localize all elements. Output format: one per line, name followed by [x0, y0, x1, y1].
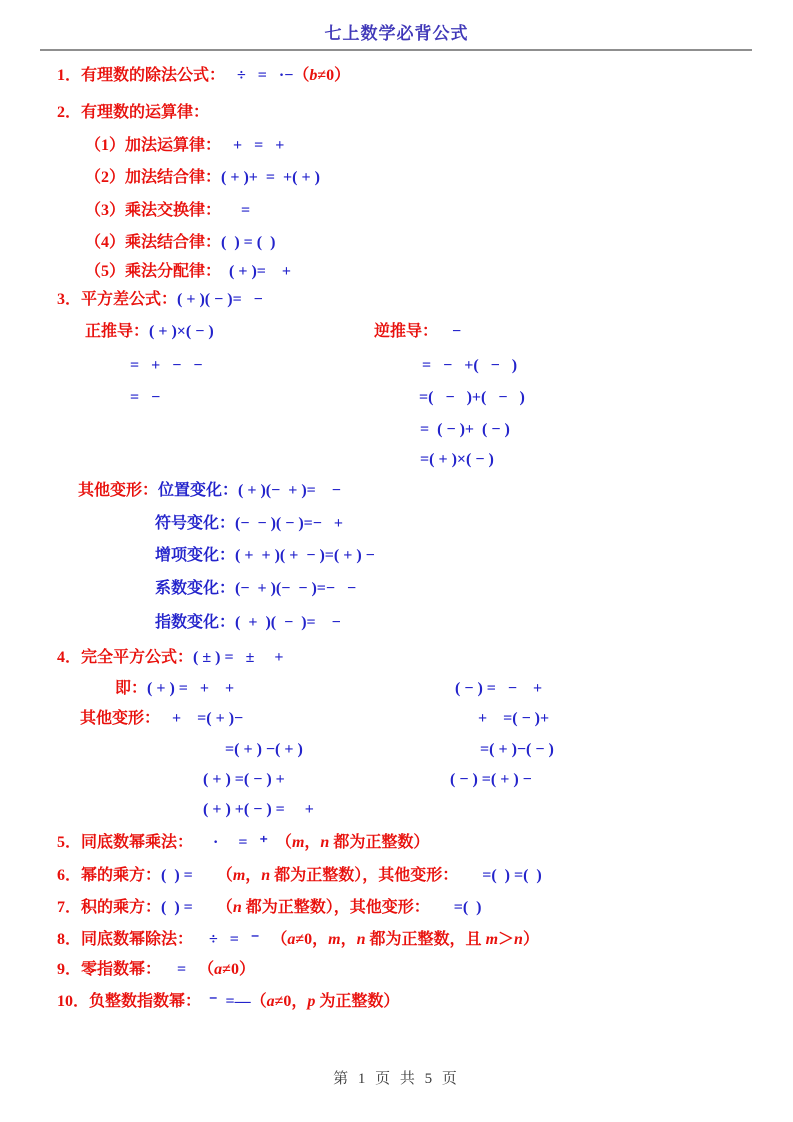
- formula-label-segment: （a≠0，p 为正整数）: [251, 993, 400, 1010]
- formula-expression-segment: 增项变化：( + + )( + − )=( + ) −: [155, 547, 375, 564]
- formula-expression-segment: =: [161, 961, 198, 978]
- formula-line: 3．平方差公式：( + )( − )= −: [0, 289, 793, 310]
- formula-expression-segment: ( ) =: [161, 867, 217, 884]
- formula-line: = + − −= − +( − ): [0, 355, 793, 376]
- formula-label-segment: （a≠0）: [198, 961, 255, 978]
- formula-label-segment: 4．完全平方公式：: [57, 649, 193, 666]
- formula-expression-segment: = + − −: [130, 357, 202, 374]
- formula-expression-segment: ( − ) =( + ) −: [450, 769, 532, 790]
- formula-line: 8．同底数幂除法： ÷ = ⁻ （a≠0，m，n 都为正整数，且 m＞n）: [0, 929, 793, 950]
- formula-line: =( + ) −( + )=( + )−( − ): [0, 739, 793, 760]
- formula-line: 9．零指数幂： = （a≠0）: [0, 959, 793, 980]
- formula-expression-segment: ( + ) = + +: [147, 680, 234, 697]
- formula-expression-segment: + = +: [221, 137, 284, 154]
- formula-line: 正推导：( + )×( − )逆推导：−: [0, 321, 793, 342]
- formula-expression-segment: = − +( − ): [422, 355, 517, 376]
- formula-line: （4）乘法结合律：( ) = ( ): [0, 232, 793, 253]
- formula-expression-segment: · = ⁺: [193, 834, 276, 851]
- formula-expression-segment: ( ) = ( ): [221, 234, 275, 251]
- formula-label-segment: （4）乘法结合律：: [85, 234, 221, 251]
- formula-label-segment: （b≠0）: [293, 67, 350, 84]
- formula-line: 6．幂的乘方：( ) = （m，n 都为正整数），其他变形： =( ) =( ): [0, 865, 793, 886]
- page-footer: 第 1 页 共 5 页: [0, 1067, 793, 1088]
- formula-line: （2）加法结合律：( + )+ = +( + ): [0, 167, 793, 188]
- formula-line: 符号变化：(− − )( − )=− +: [0, 513, 793, 534]
- formula-line: 4．完全平方公式：( ± ) = ± +: [0, 647, 793, 668]
- formula-line: ( + ) +( − ) = +: [0, 799, 793, 820]
- formula-expression-segment: = ( − )+ ( − ): [420, 419, 510, 440]
- formula-expression-segment: 位置变化：( + )(− + )= −: [158, 482, 341, 499]
- formula-label-segment: （2）加法结合律：: [85, 169, 221, 186]
- formula-expression-segment: =( ) =( ): [458, 867, 542, 884]
- formula-label-segment: 1．有理数的除法公式：: [57, 67, 225, 84]
- formula-line: 指数变化：( + )( − )= −: [0, 612, 793, 633]
- formula-expression-segment: =( − )+( − ): [419, 387, 525, 408]
- formula-line: 10．负整数指数幂： ⁻ =—（a≠0，p 为正整数）: [0, 991, 793, 1012]
- formula-expression-segment: ( + )×( − ): [149, 323, 214, 340]
- formula-label-segment: （5）乘法分配律：: [85, 263, 221, 280]
- formula-label-segment: 10．负整数指数幂：: [57, 993, 201, 1010]
- formula-expression-segment: ( + ) =( − ) +: [203, 771, 285, 788]
- formula-expression-segment: =( + ) −( + ): [225, 741, 303, 758]
- formula-expression-segment: = −: [130, 389, 160, 406]
- formula-label-segment: （3）乘法交换律：: [85, 202, 221, 219]
- formula-expression-segment: ⁻ =—: [201, 993, 251, 1010]
- formula-label-segment: （n 都为正整数），其他变形：: [217, 899, 430, 916]
- formula-line: = −=( − )+( − ): [0, 387, 793, 408]
- formula-label-segment: 其他变形：: [78, 482, 158, 499]
- formula-line: 其他变形： + =( + )−+ =( − )+: [0, 708, 793, 729]
- formula-line: 7．积的乘方：( ) = （n 都为正整数），其他变形： =( ): [0, 897, 793, 918]
- formula-expression-segment: =: [221, 202, 250, 219]
- formula-expression-segment: ( + )= +: [221, 263, 291, 280]
- formula-label-segment: 2．有理数的运算律：: [57, 104, 209, 121]
- formula-expression-segment: 符号变化：(− − )( − )=− +: [155, 515, 343, 532]
- formula-expression-segment: + =( + )−: [160, 710, 243, 727]
- formula-label-segment: （m，n 都为正整数），其他变形：: [217, 867, 458, 884]
- formula-label-segment: 其他变形：: [80, 710, 160, 727]
- formula-expression-segment: ÷ = ⁻: [193, 931, 271, 948]
- formula-expression-segment: ( + )+ = +( + ): [221, 169, 320, 186]
- formula-expression-segment: ( + ) +( − ) = +: [203, 801, 314, 818]
- formula-line: 即：( + ) = + +( − ) = − +: [0, 678, 793, 699]
- formula-line: 增项变化：( + + )( + − )=( + ) −: [0, 545, 793, 566]
- formula-label-segment: 8．同底数幂除法：: [57, 931, 193, 948]
- formula-expression-segment: ÷ = ·−: [225, 67, 293, 84]
- formula-expression-segment: ( − ) = − +: [455, 678, 542, 699]
- formula-line: 其他变形：位置变化：( + )(− + )= −: [0, 480, 793, 501]
- formula-label-segment: 逆推导：: [374, 321, 438, 342]
- formula-expression-segment: ( ± ) = ± +: [193, 649, 283, 666]
- formula-expression-segment: 系数变化：(− + )(− − )=− −: [155, 580, 356, 597]
- formula-content: 1．有理数的除法公式： ÷ = ·−（b≠0）2．有理数的运算律：（1）加法运算…: [0, 0, 793, 1122]
- formula-label-segment: （a≠0，m，n 都为正整数，且 m＞n）: [271, 931, 539, 948]
- formula-line: （3）乘法交换律： =: [0, 200, 793, 221]
- formula-label-segment: 9．零指数幂：: [57, 961, 161, 978]
- document-page: 七上数学必背公式 1．有理数的除法公式： ÷ = ·−（b≠0）2．有理数的运算…: [0, 0, 793, 1122]
- formula-line: 2．有理数的运算律：: [0, 102, 793, 123]
- formula-line: （5）乘法分配律： ( + )= +: [0, 261, 793, 282]
- formula-expression-segment: 指数变化：( + )( − )= −: [155, 614, 341, 631]
- formula-label-segment: 5．同底数幂乘法：: [57, 834, 193, 851]
- formula-label-segment: 正推导：: [85, 323, 149, 340]
- formula-expression-segment: =( + )×( − ): [420, 449, 494, 470]
- formula-line: ( + ) =( − ) +( − ) =( + ) −: [0, 769, 793, 790]
- formula-line: （1）加法运算律： + = +: [0, 135, 793, 156]
- formula-expression-segment: −: [452, 321, 461, 342]
- formula-label-segment: 6．幂的乘方：: [57, 867, 161, 884]
- formula-label-segment: （1）加法运算律：: [85, 137, 221, 154]
- formula-expression-segment: + =( − )+: [478, 708, 549, 729]
- formula-label-segment: 7．积的乘方：: [57, 899, 161, 916]
- formula-expression-segment: =( + )−( − ): [480, 739, 554, 760]
- formula-line: 5．同底数幂乘法： · = ⁺ （m，n 都为正整数）: [0, 832, 793, 853]
- formula-label-segment: 即：: [115, 680, 147, 697]
- formula-label-segment: （m，n 都为正整数）: [276, 834, 429, 851]
- formula-label-segment: 3．平方差公式：: [57, 291, 177, 308]
- formula-expression-segment: ( ) =: [161, 899, 217, 916]
- formula-line: 系数变化：(− + )(− − )=− −: [0, 578, 793, 599]
- formula-expression-segment: =( ): [430, 899, 482, 916]
- formula-line: 1．有理数的除法公式： ÷ = ·−（b≠0）: [0, 65, 793, 86]
- formula-expression-segment: ( + )( − )= −: [177, 291, 263, 308]
